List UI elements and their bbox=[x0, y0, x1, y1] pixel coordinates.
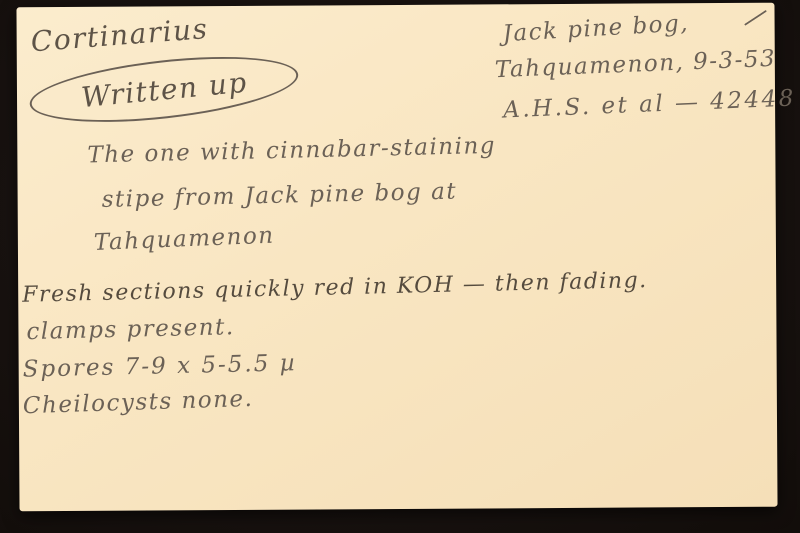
observation-line: clamps present. bbox=[26, 314, 235, 345]
written-up-status: Written up bbox=[79, 65, 248, 113]
index-card: Cortinarius Written up Jack pine bog, Ta… bbox=[16, 3, 777, 512]
pencil-dash-mark bbox=[744, 10, 767, 26]
description-line: Tahquamenon bbox=[93, 223, 275, 256]
photo-background: Cortinarius Written up Jack pine bog, Ta… bbox=[0, 0, 800, 533]
written-up-oval: Written up bbox=[27, 46, 302, 134]
observation-line: Cheilocysts none. bbox=[23, 386, 254, 419]
description-line: The one with cinnabar-staining bbox=[87, 133, 496, 169]
description-line: stipe from Jack pine bog at bbox=[101, 179, 457, 213]
genus-title: Cortinarius bbox=[30, 12, 210, 58]
collection-habitat: Jack pine bog, bbox=[502, 10, 690, 47]
observation-line: Fresh sections quickly red in KOH — then… bbox=[22, 268, 648, 308]
collection-locality-date: Tahquamenon, 9-3-53 bbox=[494, 46, 776, 84]
observation-line: Spores 7-9 x 5-5.5 µ bbox=[22, 350, 296, 382]
collection-collector-number: A.H.S. et al — 42448 bbox=[503, 85, 797, 123]
